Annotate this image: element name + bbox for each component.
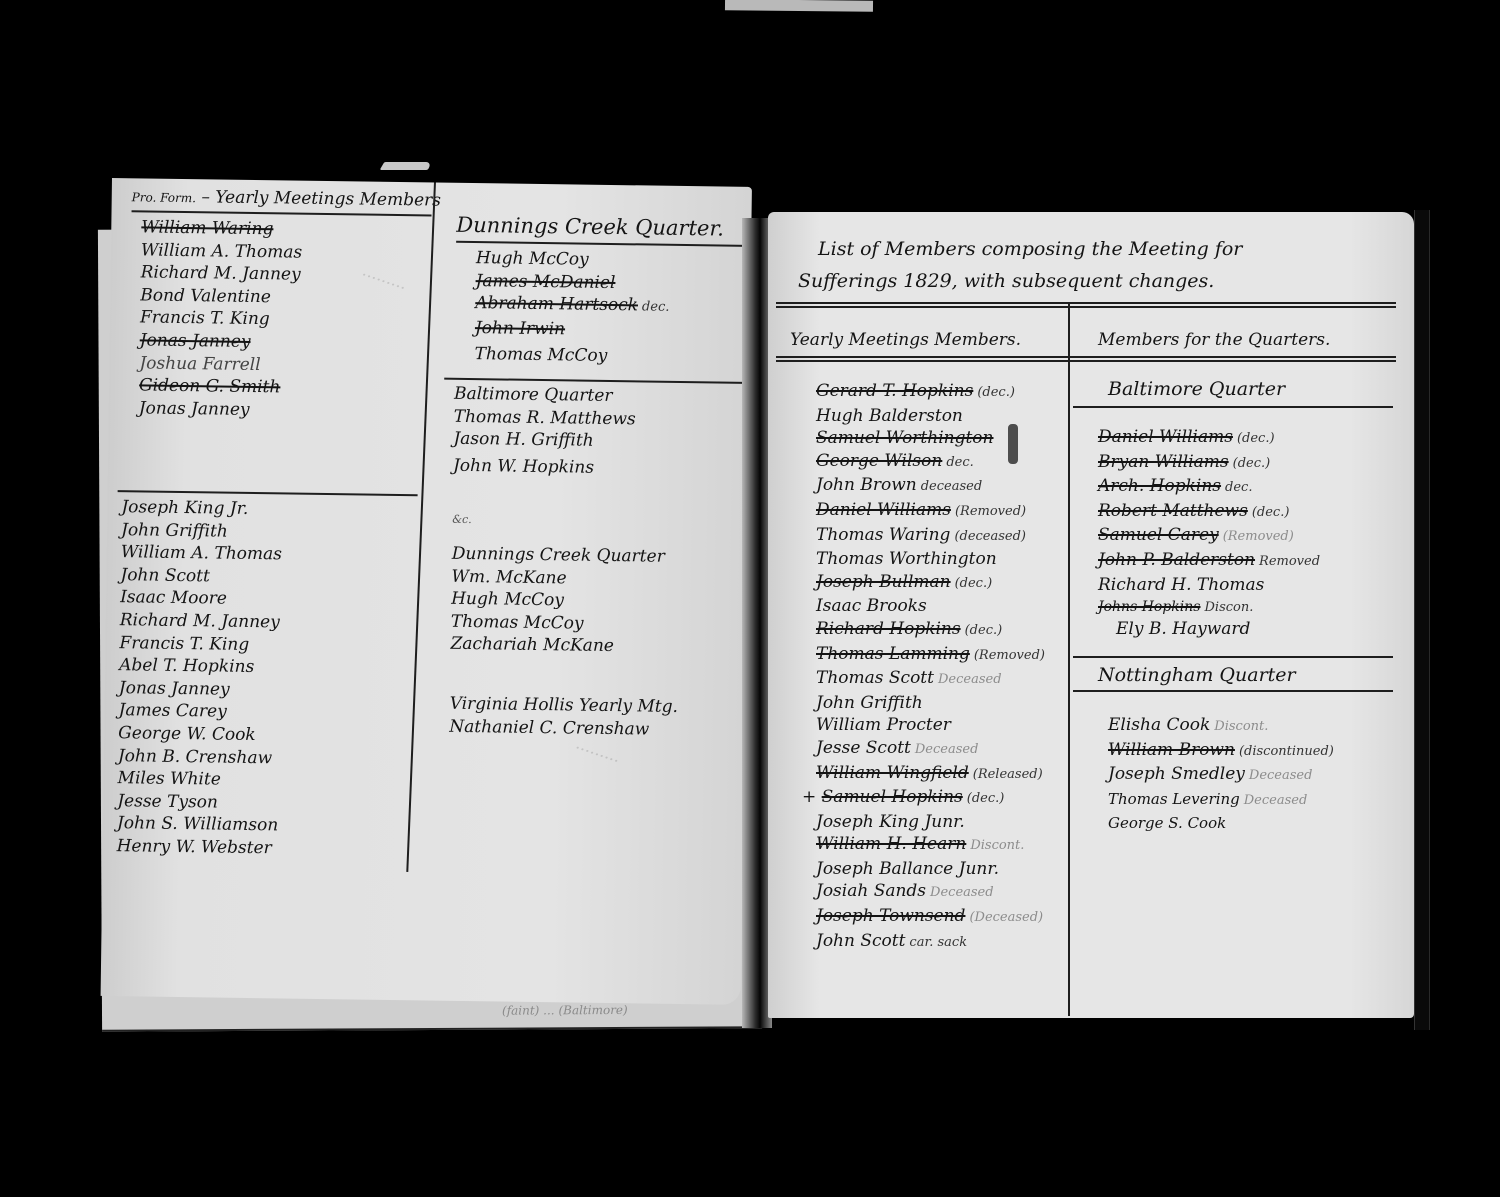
ink-blot	[1008, 424, 1018, 464]
list-item: John Scott	[120, 564, 282, 589]
list-item: Joseph Townsend(Deceased)	[816, 905, 1045, 930]
list-item: Jonas Janney	[140, 329, 301, 354]
list-item: Hugh McCoy	[451, 588, 664, 614]
list-item: Jesse Tyson	[117, 790, 279, 815]
list-item: Thomas Lamming(Removed)	[816, 643, 1045, 668]
list-item: Zachariah McKane	[450, 633, 663, 659]
column-divider	[406, 182, 435, 872]
top-tab-strip	[725, 0, 873, 12]
left-page: ········· ········· Pro. Form. – Yearly …	[101, 178, 752, 1005]
header-underline-2	[776, 360, 1396, 362]
section-underline	[1073, 406, 1393, 408]
list-item: Joseph Bullman(dec.)	[816, 571, 1045, 596]
list-item: Josiah SandsDeceased	[816, 880, 1045, 905]
list-item: William H. HearnDiscont.	[816, 833, 1045, 858]
list-item: Hugh McCoy	[476, 247, 670, 272]
list-item: Jason H. Griffith	[453, 428, 635, 453]
list-item: Joseph Ballance Junr.	[816, 858, 1045, 881]
yearly-meeting-list: Gerard T. Hopkins(dec.) Hugh Balderston …	[816, 380, 1045, 954]
list-item: Daniel Williams(Removed)	[816, 499, 1045, 524]
list-item: + Samuel Hopkins(dec.)	[802, 786, 1045, 811]
nottingham-quarter-list: Elisha CookDiscont. William Brown(discon…	[1108, 714, 1334, 835]
list-item: John Scottcar. sack	[816, 930, 1045, 955]
list-item: James Carey	[118, 699, 280, 724]
bleed-through-text: ·········	[572, 738, 621, 771]
left-col1-header: Pro. Form. – Yearly Meetings Members	[132, 186, 441, 210]
list-item: Isaac Moore	[120, 587, 282, 612]
left-virginia-section: Virginia Hollis Yearly Mtg. Nathaniel C.…	[449, 693, 678, 741]
list-item: Thomas ScottDeceased	[816, 667, 1045, 692]
list-item: Bryan Williams(dec.)	[1098, 451, 1320, 476]
small-mark: &c.	[452, 513, 472, 526]
header-underline	[456, 241, 746, 247]
list-item: John Griffith	[816, 692, 1045, 715]
section-divider	[118, 490, 418, 496]
list-item: William A. Thomas	[141, 239, 302, 264]
list-item: Miles White	[117, 767, 279, 792]
list-item: Arch. Hopkinsdec.	[1098, 475, 1320, 500]
list-item: William A. Thomas	[121, 541, 283, 566]
list-item: Abraham Hartsockdec.	[475, 292, 669, 319]
list-item: Robert Matthews(dec.)	[1098, 500, 1320, 525]
list-item: George W. Cook	[118, 722, 280, 747]
section-underline	[1073, 690, 1393, 692]
list-item: John Griffith	[121, 519, 283, 544]
list-item: Ely B. Hayward	[1116, 620, 1320, 638]
section-label: Dunnings Creek Quarter	[452, 543, 665, 569]
title-underline-2	[776, 306, 1396, 308]
list-item: Joshua Farrell	[139, 352, 300, 377]
list-item: Jonas Janney	[119, 677, 281, 702]
list-item: Bond Valentine	[140, 284, 301, 309]
list-item: John P. BalderstonRemoved	[1098, 549, 1320, 574]
list-item: Virginia Hollis Yearly Mtg.	[450, 693, 679, 719]
list-item: Samuel Carey(Removed)	[1098, 524, 1320, 549]
list-item: Henry W. Webster	[117, 835, 279, 860]
list-item: William Brown(discontinued)	[1108, 739, 1334, 764]
list-item: Gerard T. Hopkins(dec.)	[816, 380, 1045, 405]
list-item: John S. Williamson	[117, 812, 279, 837]
list-item: Thomas R. Matthews	[454, 405, 636, 430]
page-title-line-1: List of Members composing the Meeting fo…	[818, 238, 1242, 260]
list-item: Francis T. King	[119, 632, 281, 657]
list-item: Joseph SmedleyDeceased	[1108, 763, 1334, 788]
nottingham-quarter-label: Nottingham Quarter	[1098, 664, 1296, 686]
left-dunnings-section: Dunnings Creek Quarter Wm. McKane Hugh M…	[450, 543, 665, 659]
list-item: Richard Hopkins(dec.)	[816, 618, 1045, 643]
list-item: John W. Hopkins	[453, 455, 635, 480]
baltimore-quarter-list: Daniel Williams(dec.) Bryan Williams(dec…	[1098, 426, 1320, 638]
column-divider	[1068, 304, 1070, 1016]
list-item: Daniel Williams(dec.)	[1098, 426, 1320, 451]
list-item: William Wingfield(Released)	[816, 762, 1045, 787]
title-underline	[776, 302, 1396, 304]
baltimore-quarter-label: Baltimore Quarter	[1108, 378, 1285, 400]
list-item: Thomas Worthington	[816, 548, 1045, 571]
list-item: Jonas Janney	[139, 397, 300, 422]
list-item: Thomas McCoy	[451, 611, 664, 637]
list-item: Johns HopkinsDiscon.	[1098, 596, 1320, 620]
section-label: Baltimore Quarter	[454, 383, 636, 408]
list-item: Gideon G. Smith	[139, 375, 300, 400]
list-item: Thomas McCoy	[474, 343, 668, 368]
list-item: Abel T. Hopkins	[119, 654, 281, 679]
list-item: Joseph King Junr.	[816, 811, 1045, 834]
list-item: Thomas LeveringDeceased	[1108, 788, 1334, 813]
page-title-line-2: Sufferings 1829, with subsequent changes…	[798, 270, 1214, 292]
list-item: Richard M. Janney	[120, 609, 282, 634]
left-tab-strip	[380, 162, 433, 170]
book-cover-edge	[1414, 210, 1430, 1030]
list-item: Wm. McKane	[451, 565, 664, 591]
dunnings-creek-header: Dunnings Creek Quarter.	[456, 213, 724, 241]
list-item: Richard H. Thomas	[1098, 574, 1320, 597]
list-item: Thomas Waring(deceased)	[816, 524, 1045, 549]
list-item: William Waring	[141, 216, 302, 241]
list-item: Jesse ScottDeceased	[816, 737, 1045, 762]
list-item: James McDaniel	[475, 270, 669, 295]
left-col1-list-bottom: Joseph King Jr. John Griffith William A.…	[117, 496, 283, 860]
header-underline	[776, 356, 1396, 358]
yearly-meeting-header: Yearly Meetings Members.	[790, 330, 1021, 350]
left-baltimore-section: Baltimore Quarter Thomas R. Matthews Jas…	[453, 383, 636, 480]
section-divider	[1073, 656, 1393, 658]
list-item: Richard M. Janney	[141, 262, 302, 287]
right-page: List of Members composing the Meeting fo…	[768, 212, 1414, 1018]
list-item: John B. Crenshaw	[118, 745, 280, 770]
underlying-page-faint-text: (faint) ... (Baltimore)	[502, 1003, 628, 1018]
list-item: Joseph King Jr.	[121, 496, 283, 521]
quarters-header: Members for the Quarters.	[1098, 330, 1330, 350]
list-item: Francis T. King	[140, 307, 301, 332]
list-item: William Procter	[816, 714, 1045, 737]
bleed-through-text: ·········	[359, 265, 408, 298]
list-item: John Browndeceased	[816, 474, 1045, 499]
list-item: Nathaniel C. Crenshaw	[449, 715, 678, 741]
list-item: John Irwin	[475, 317, 669, 342]
left-col1-list-top: William Waring William A. Thomas Richard…	[139, 216, 303, 422]
header-underline	[132, 210, 432, 216]
list-item: Isaac Brooks	[816, 595, 1045, 618]
dunnings-creek-list: Hugh McCoy James McDaniel Abraham Hartso…	[474, 247, 670, 369]
list-item: Elisha CookDiscont.	[1108, 714, 1334, 739]
list-item: George S. Cook	[1108, 812, 1334, 835]
